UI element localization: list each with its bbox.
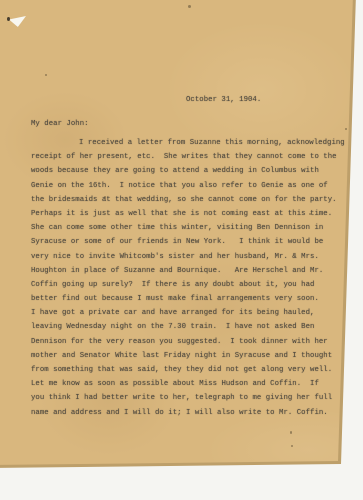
letter-line: better find out because I must make fina… [31,292,345,306]
letter-body: I received a letter from Suzanne this mo… [31,136,345,420]
letter-line: very nice to invite Whitcomb's sister an… [31,250,345,264]
letter-line: woods because they are going to attend a… [31,164,345,178]
letter-line: Let me know as soon as possible about Mi… [31,377,345,391]
letter-line: the bridesmaids at that wedding, so she … [31,193,345,207]
letter-line: leaving Wednesday night on the 7.30 trai… [31,320,345,334]
letter-line: Houghton in place of Suzanne and Bourniq… [31,264,345,278]
scanned-letter-scene: October 31, 1904. My dear John: I receiv… [0,0,363,500]
letter-line: She can come some other time this winter… [31,221,345,235]
letter-line: Genie on the 16th. I notice that you als… [31,179,345,193]
letter-line: from something that was said, they they … [31,363,345,377]
letter-salutation: My dear John: [31,120,89,128]
letter-line: I received a letter from Suzanne this mo… [31,136,345,150]
letter-line: Syracuse or some of our friends in New Y… [31,235,345,249]
letter-paper: October 31, 1904. My dear John: I receiv… [0,0,363,500]
letter-text: October 31, 1904. My dear John: I receiv… [0,0,363,500]
letter-date: October 31, 1904. [186,96,261,104]
letter-line: Perhaps it is just as well that she is n… [31,207,345,221]
letter-line: you think I had better write to her, tel… [31,391,345,405]
letter-line: Dennison for the very reason you suggest… [31,335,345,349]
letter-line: Coffin going up surely? If there is any … [31,278,345,292]
letter-line: name and address and I will do it; I wil… [31,406,345,420]
letter-line: receipt of her present, etc. She writes … [31,150,345,164]
letter-line: mother and Senator White last Friday nig… [31,349,345,363]
letter-line: I have got a private car and have arrang… [31,306,345,320]
